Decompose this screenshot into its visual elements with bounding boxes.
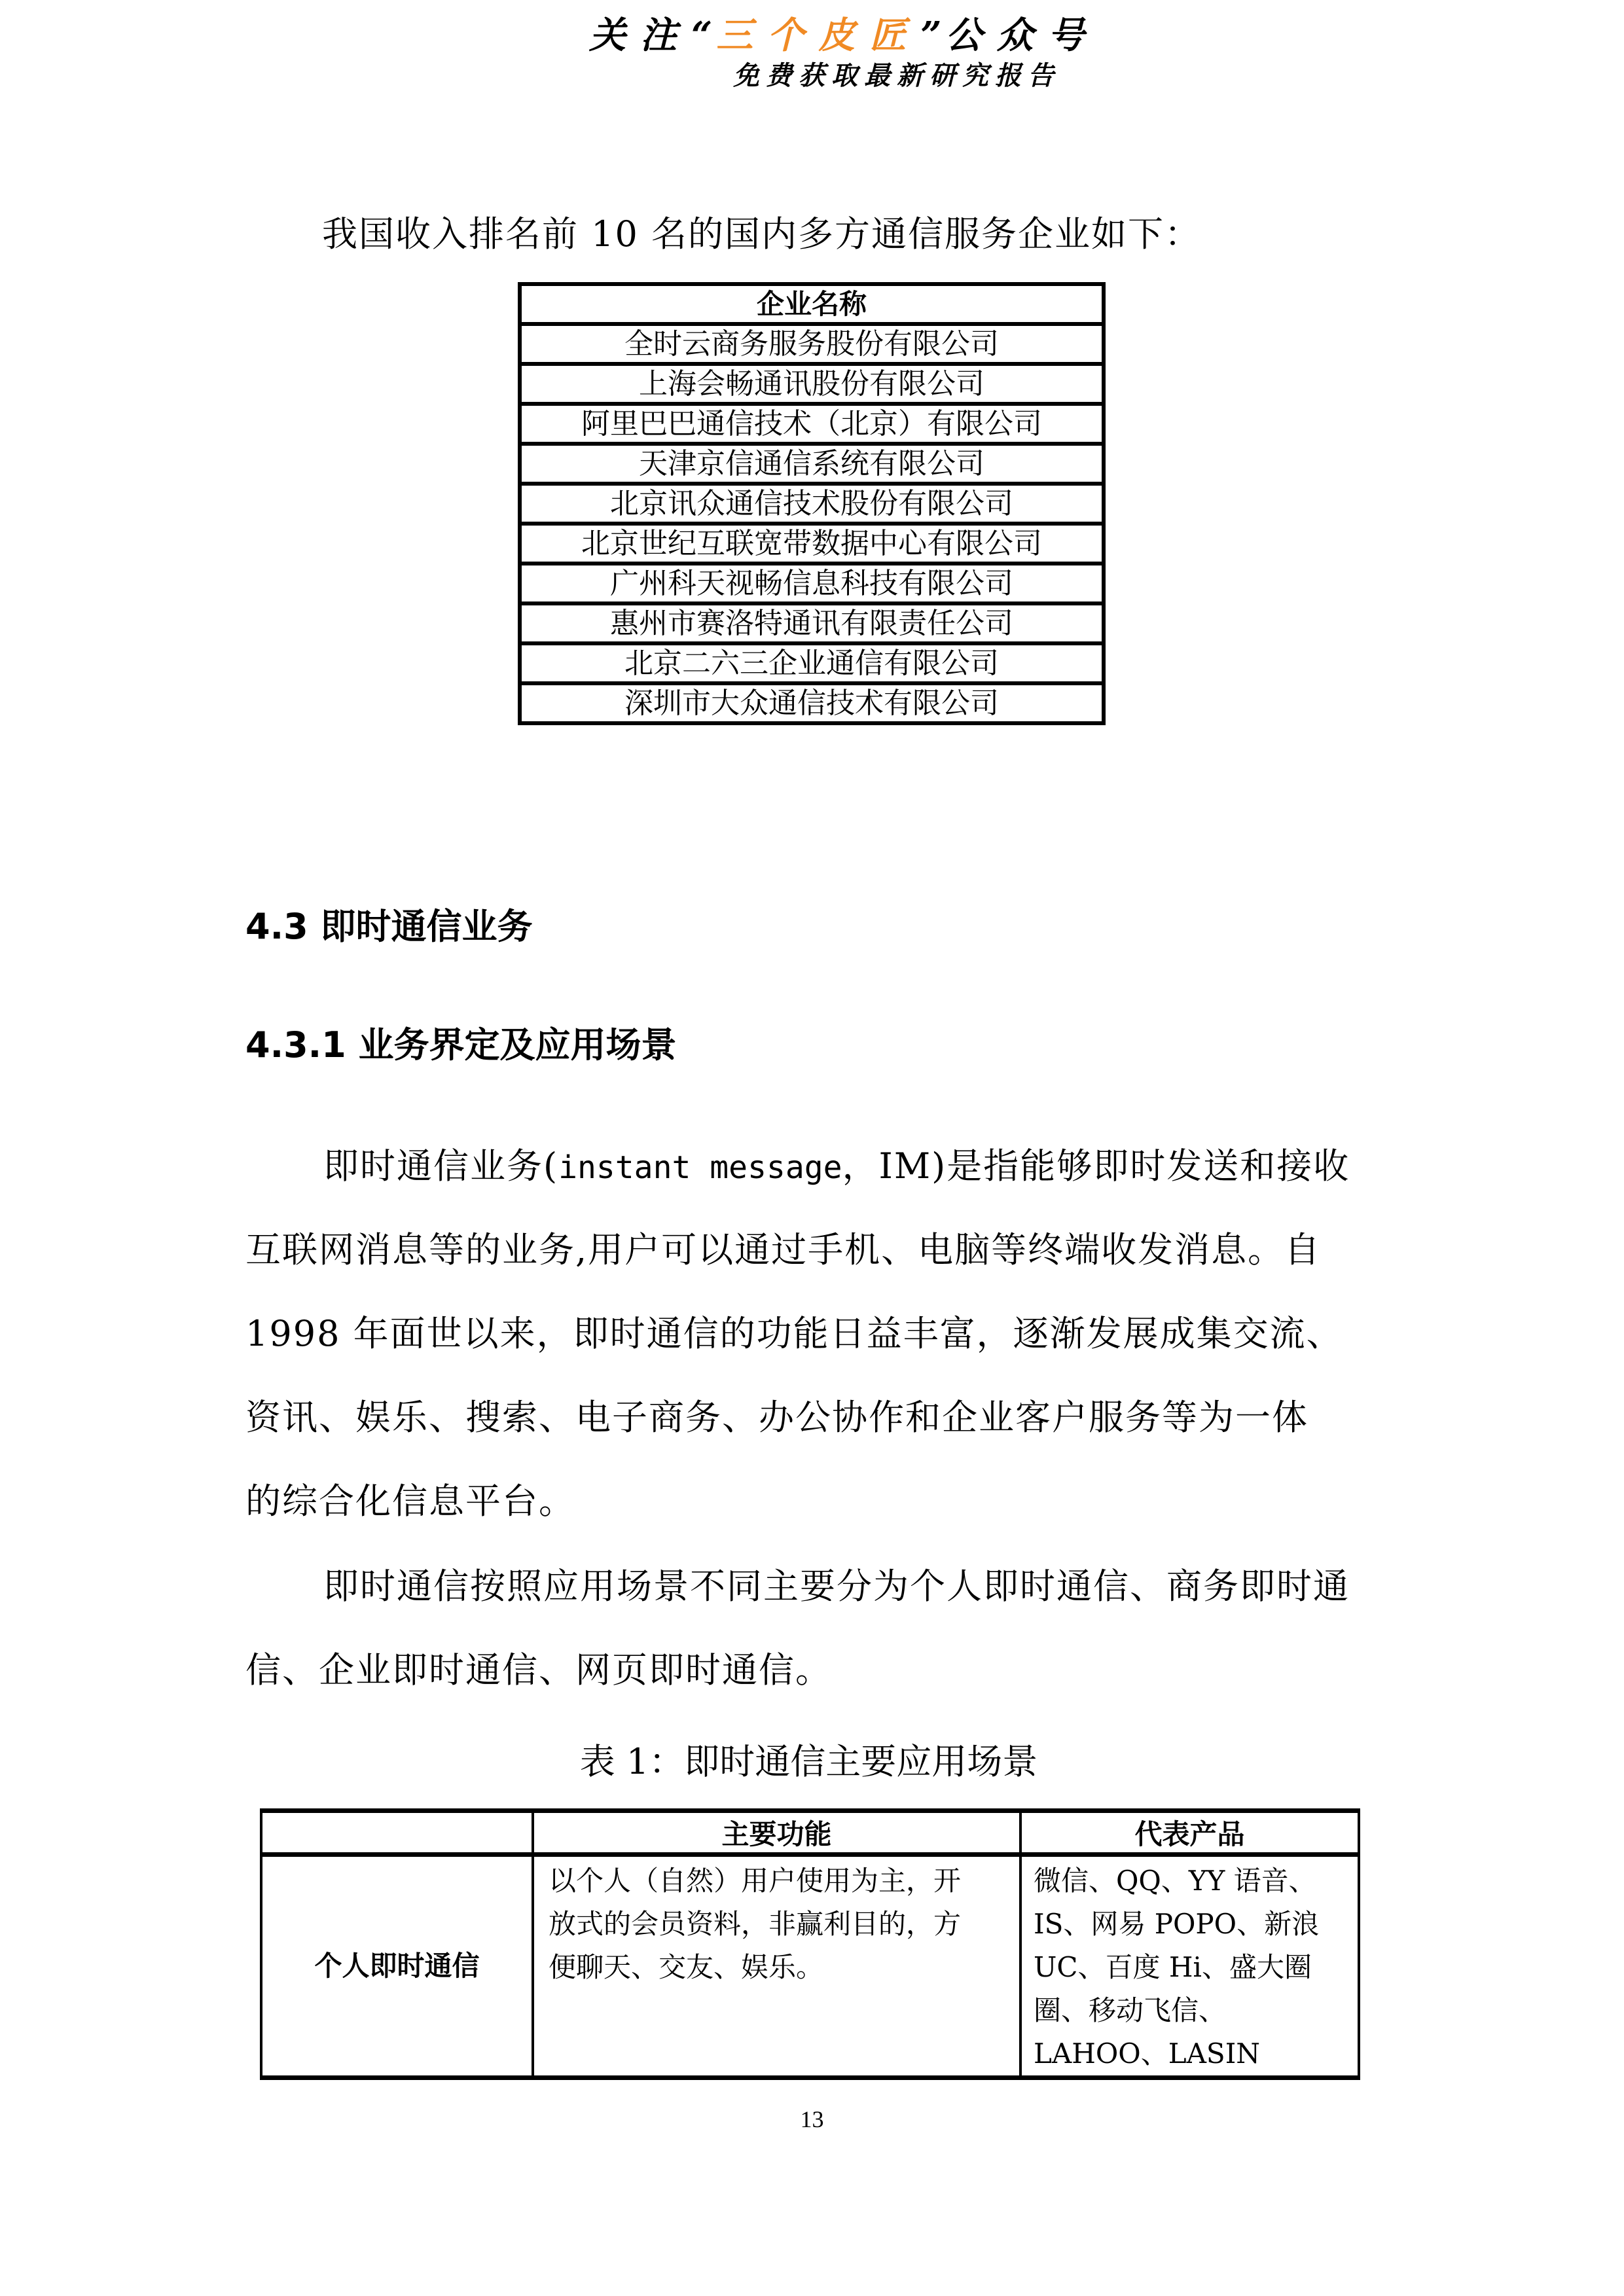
product-line: 微信、QQ、YY 语音、 bbox=[1034, 1859, 1350, 1903]
table-row: 深圳市大众通信技术有限公司 bbox=[520, 683, 1104, 723]
table-row: 阿里巴巴通信技术（北京）有限公司 bbox=[520, 404, 1104, 444]
function-line: 放式的会员资料，非赢利目的，方 bbox=[549, 1903, 1011, 1946]
company-name: 深圳市大众通信技术有限公司 bbox=[520, 683, 1104, 723]
paragraph-1-line-1: 即时通信业务(instant message，IM)是指能够即时发送和接收 bbox=[323, 1145, 1350, 1189]
product-line: UC、百度 Hi、盛大圈 bbox=[1034, 1946, 1350, 1989]
quote-open: “ bbox=[691, 14, 716, 57]
paragraph-1-line-5: 的综合化信息平台。 bbox=[245, 1480, 575, 1522]
product-line: IS、网易 POPO、新浪 bbox=[1034, 1903, 1350, 1946]
company-name: 上海会畅通讯股份有限公司 bbox=[520, 364, 1104, 404]
header-account-text: 公众号 bbox=[945, 14, 1098, 57]
header-banner: 关注“三个皮匠”公众号 bbox=[589, 9, 1098, 62]
company-name: 北京世纪互联宽带数据中心有限公司 bbox=[520, 524, 1104, 564]
function-line: 便聊天、交友、娱乐。 bbox=[549, 1946, 1011, 1989]
product-line: LAHOO、LASIN bbox=[1034, 2032, 1350, 2075]
table-row: 北京世纪互联宽带数据中心有限公司 bbox=[520, 524, 1104, 564]
paragraph-1-line-4: 资讯、娱乐、搜索、电子商务、办公协作和企业客户服务等为一体 bbox=[245, 1397, 1308, 1439]
column-header-empty bbox=[261, 1811, 533, 1855]
company-name: 北京二六三企业通信有限公司 bbox=[520, 643, 1104, 683]
brand-name: 三个皮匠 bbox=[716, 14, 920, 57]
table-row: 惠州市赛洛特通讯有限责任公司 bbox=[520, 603, 1104, 643]
intro-text: 我国收入排名前 10 名的国内多方通信服务企业如下： bbox=[322, 213, 1201, 255]
table-row: 个人即时通信 以个人（自然）用户使用为主，开 放式的会员资料，非赢利目的，方 便… bbox=[261, 1855, 1359, 2078]
header-tagline: 免费获取最新研究报告 bbox=[733, 56, 1060, 96]
column-header-function: 主要功能 bbox=[533, 1811, 1020, 1855]
company-table: 企业名称 全时云商务服务股份有限公司 上海会畅通讯股份有限公司 阿里巴巴通信技术… bbox=[518, 282, 1106, 725]
table-row: 北京讯众通信技术股份有限公司 bbox=[520, 484, 1104, 524]
paragraph-1-line-3: 1998 年面世以来，即时通信的功能日益丰富，逐渐发展成集交流、 bbox=[245, 1313, 1343, 1355]
section-heading: 4.3 即时通信业务 bbox=[245, 906, 532, 948]
table-row: 广州科天视畅信息科技有限公司 bbox=[520, 564, 1104, 603]
text-run: ，IM)是指能够即时发送和接收 bbox=[842, 1145, 1350, 1187]
paragraph-2-line-2: 信、企业即时通信、网页即时通信。 bbox=[245, 1649, 832, 1691]
english-term: instant message bbox=[558, 1149, 842, 1186]
text-run: 即时通信业务( bbox=[323, 1145, 558, 1187]
table-row: 上海会畅通讯股份有限公司 bbox=[520, 364, 1104, 404]
scenario-table: 主要功能 代表产品 个人即时通信 以个人（自然）用户使用为主，开 放式的会员资料… bbox=[260, 1808, 1360, 2080]
product-line: 圈、移动飞信、 bbox=[1034, 1989, 1350, 2032]
header-follow-text: 关注 bbox=[589, 14, 691, 57]
subsection-heading: 4.3.1 业务界定及应用场景 bbox=[245, 1024, 677, 1066]
table-caption: 表 1：即时通信主要应用场景 bbox=[260, 1741, 1358, 1783]
company-name: 广州科天视畅信息科技有限公司 bbox=[520, 564, 1104, 603]
function-line: 以个人（自然）用户使用为主，开 bbox=[549, 1859, 1011, 1903]
company-name: 阿里巴巴通信技术（北京）有限公司 bbox=[520, 404, 1104, 444]
company-name: 全时云商务服务股份有限公司 bbox=[520, 324, 1104, 364]
company-name: 惠州市赛洛特通讯有限责任公司 bbox=[520, 603, 1104, 643]
category-cell: 个人即时通信 bbox=[261, 1855, 533, 2078]
page-number: 13 bbox=[0, 2106, 1624, 2132]
table-row: 全时云商务服务股份有限公司 bbox=[520, 324, 1104, 364]
quote-close: ” bbox=[920, 14, 945, 57]
products-cell: 微信、QQ、YY 语音、 IS、网易 POPO、新浪 UC、百度 Hi、盛大圈 … bbox=[1020, 1855, 1359, 2078]
function-cell: 以个人（自然）用户使用为主，开 放式的会员资料，非赢利目的，方 便聊天、交友、娱… bbox=[533, 1855, 1020, 2078]
table-row: 天津京信通信系统有限公司 bbox=[520, 444, 1104, 484]
company-name: 北京讯众通信技术股份有限公司 bbox=[520, 484, 1104, 524]
company-table-header: 企业名称 bbox=[520, 284, 1104, 324]
column-header-products: 代表产品 bbox=[1020, 1811, 1359, 1855]
paragraph-1-line-2: 互联网消息等的业务,用户可以通过手机、电脑等终端收发消息。自 bbox=[245, 1229, 1321, 1271]
paragraph-2-line-1: 即时通信按照应用场景不同主要分为个人即时通信、商务即时通 bbox=[323, 1566, 1350, 1607]
table-row: 北京二六三企业通信有限公司 bbox=[520, 643, 1104, 683]
company-name: 天津京信通信系统有限公司 bbox=[520, 444, 1104, 484]
